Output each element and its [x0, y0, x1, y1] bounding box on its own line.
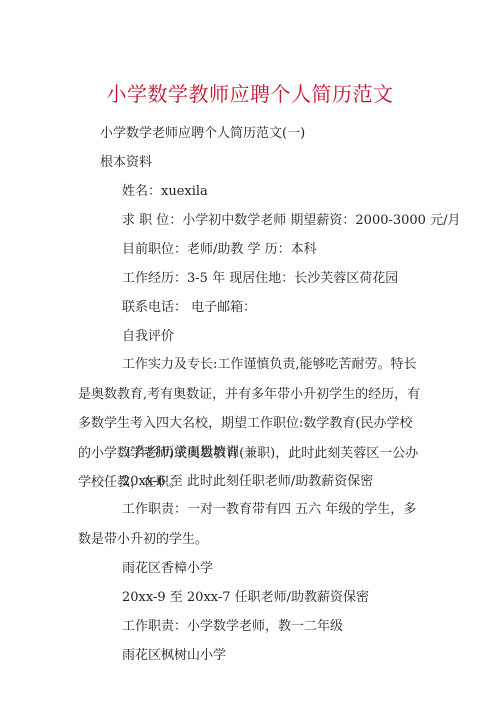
document-title: 小学数学教师应聘个人简历范文 — [0, 78, 500, 107]
info-experience: 工作经历：3-5 年 现居住地：长沙芙蓉区荷花园 — [122, 271, 398, 287]
info-contact: 联系电话： 电子邮箱： — [122, 300, 256, 316]
info-position: 求 职 位：小学初中数学老师 期望薪资：2000-3000 元/月 — [122, 213, 460, 229]
work-duty-2: 工作职责：小学数学老师，教一二年级 — [122, 619, 343, 635]
work-period-1: 20xx-6 至 此时此刻任职老师/助教薪资保密 — [122, 474, 373, 490]
work-duty-1: 工作职责：一对一教育带有四 五六 年级的学生，多数是带小升初的学生。 — [78, 495, 423, 554]
section-self-eval: 自我评价 — [122, 329, 174, 345]
work-period-2: 20xx-9 至 20xx-7 任职老师/助教薪资保密 — [122, 590, 369, 606]
info-current: 目前职位：老师/助教 学 历：本科 — [122, 242, 317, 258]
section-basic-info: 根本资料 — [100, 155, 152, 171]
info-name: 姓名：xuexila — [122, 184, 208, 200]
subtitle: 小学数学老师应聘个人简历范文(一) — [100, 126, 305, 142]
work-org-1: 工作经历学而思培训 — [122, 445, 239, 461]
work-org-3: 雨花区枫树山小学 — [122, 648, 226, 664]
work-org-2: 雨花区香樟小学 — [122, 561, 213, 577]
